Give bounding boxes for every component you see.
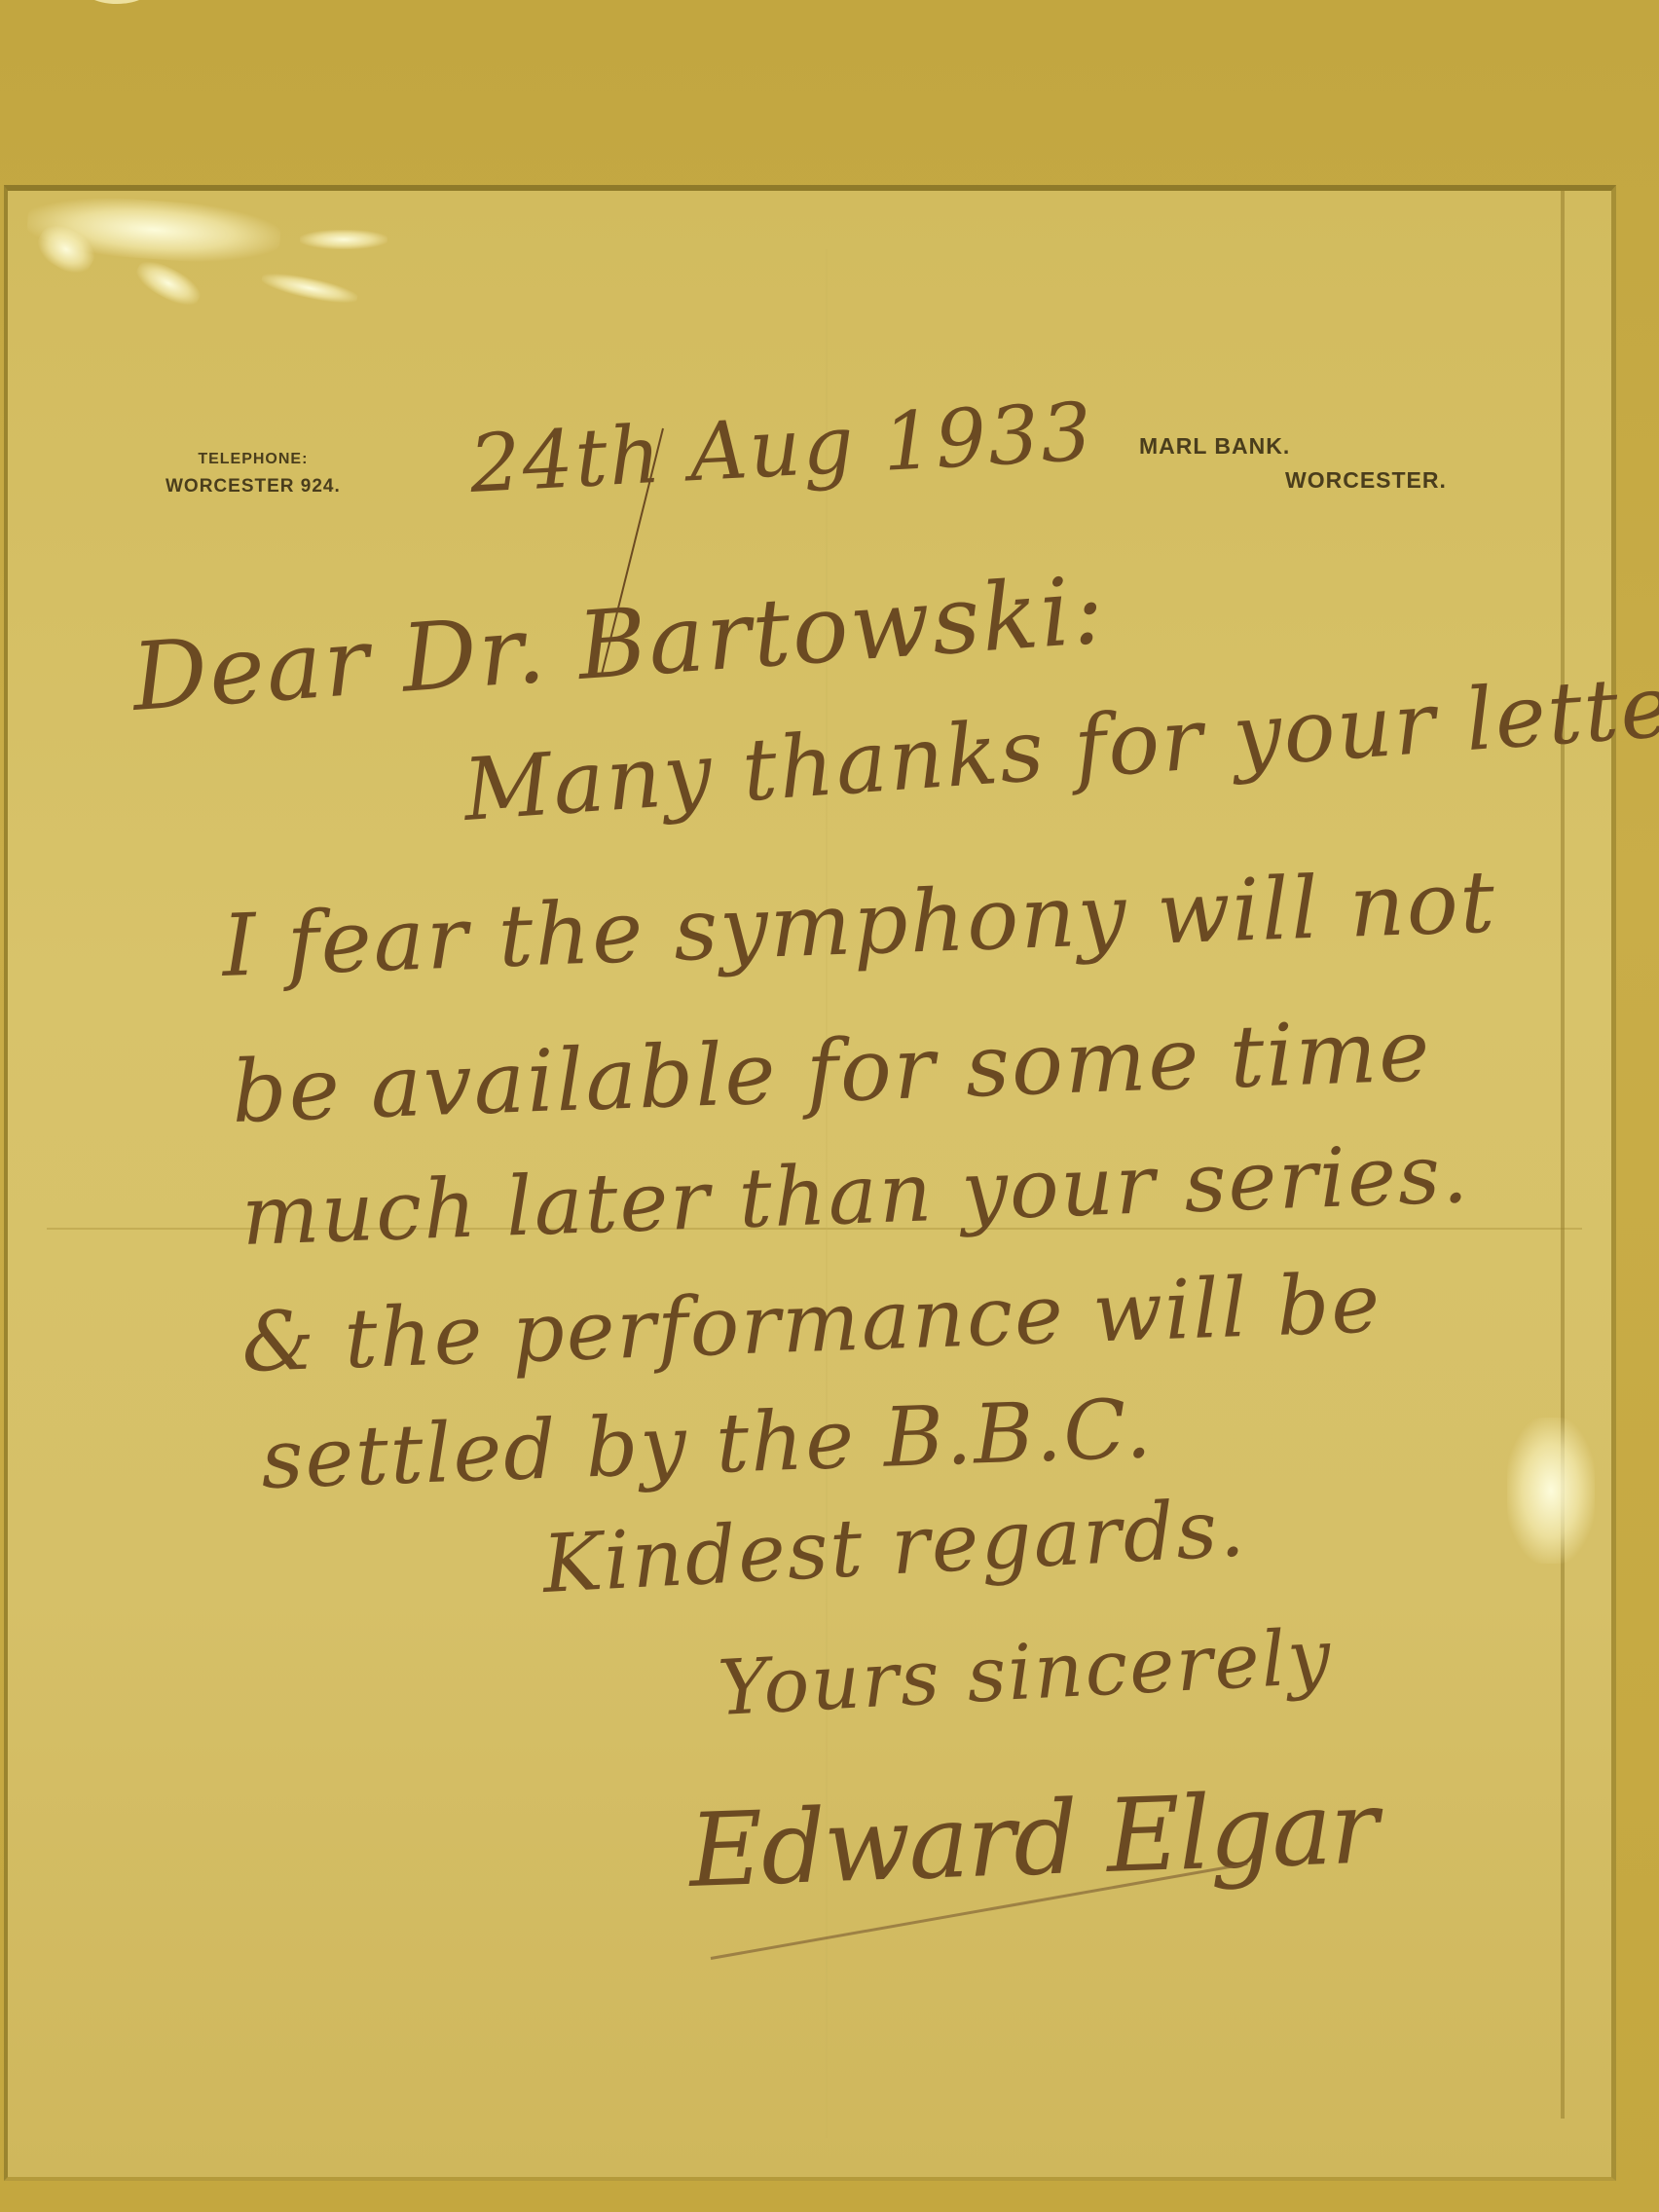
plastic-glare: [260, 269, 359, 308]
letterhead-address-house: MARL BANK.: [1139, 433, 1447, 460]
signature: Edward Elgar: [687, 1767, 1379, 1910]
letterhead-telephone-label: TELEPHONE:: [166, 451, 341, 468]
plastic-glare: [300, 230, 387, 249]
light-glare: [78, 0, 156, 4]
letterhead-address-city: WORCESTER.: [1285, 467, 1447, 494]
plastic-glare: [1507, 1418, 1595, 1564]
paper-edge: [1561, 191, 1565, 2119]
letterhead-telephone-number: WORCESTER 924.: [166, 476, 341, 498]
plastic-glare: [131, 254, 205, 312]
letterhead-address: MARL BANK. WORCESTER.: [1139, 433, 1447, 494]
letterhead-telephone: TELEPHONE: WORCESTER 924.: [166, 451, 341, 498]
